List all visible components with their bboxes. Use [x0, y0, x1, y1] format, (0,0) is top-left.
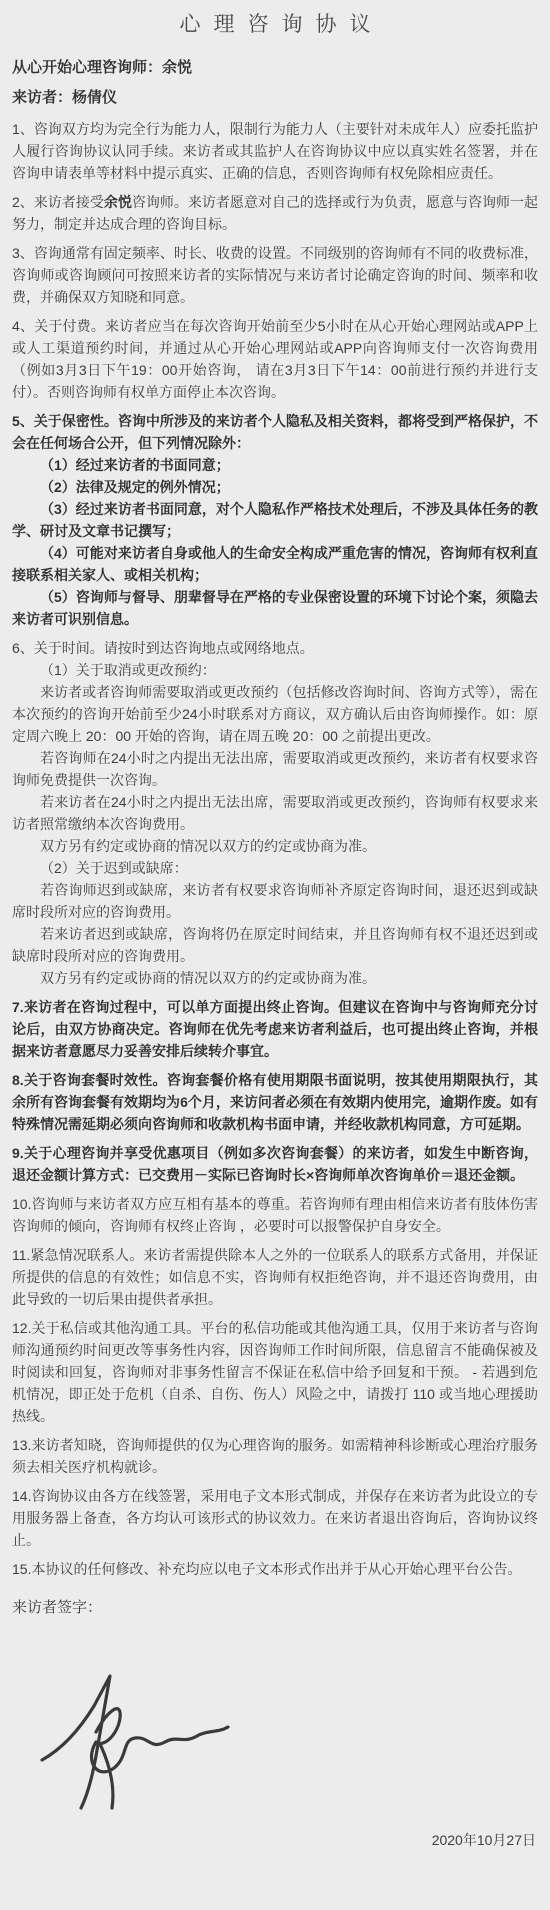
clause-paragraph: 2、来访者接受余悦咨询师。来访者愿意对自己的选择或行为负责，愿意与咨询师一起努力…: [12, 191, 538, 235]
clause-subitem: 来访者或者咨询师需要取消或更改预约（包括修改咨询时间、咨询方式等），需在本次预约…: [12, 681, 538, 747]
visitor-line: 来访者：杨倩仪: [12, 88, 538, 108]
clause-subitem: （1）关于取消或更改预约：: [12, 659, 538, 681]
clause-paragraph: 10.咨询师与来访者双方应互相有基本的尊重。若咨询师有理由相信来访者有肢体伤害咨…: [12, 1193, 538, 1237]
clause-subitem: （2）关于迟到或缺席：: [12, 857, 538, 879]
clause-paragraph: 8.关于咨询套餐时效性。咨询套餐价格有使用期限书面说明，按其使用期限执行，其余所…: [12, 1069, 538, 1135]
counselor-line: 从心开始心理咨询师：余悦: [12, 58, 538, 78]
clause-subitem: （3）经过来访者书面同意，对个人隐私作严格技术处理后，不涉及具体任务的教学、研讨…: [12, 498, 538, 542]
clause-paragraph: 12.关于私信或其他沟通工具。平台的私信功能或其他沟通工具，仅用于来访者与咨询师…: [12, 1317, 538, 1427]
signature-label: 来访者签字：: [12, 1598, 538, 1618]
paragraph-list: 1、咨询双方均为完全行为能力人，限制行为能力人（主要针对未成年人）应委托监护人履…: [12, 118, 538, 1580]
clause-paragraph: 7.来访者在咨询过程中，可以单方面提出终止咨询。但建议在咨询中与咨询师充分讨论后…: [12, 996, 538, 1062]
clause-paragraph: 11.紧急情况联系人。来访者需提供除本人之外的一位联系人的联系方式备用，并保证所…: [12, 1244, 538, 1310]
clause-subitem: 若咨询师在24小时之内提出无法出席，需要取消或更改预约，来访者有权要求咨询师免费…: [12, 747, 538, 791]
clause-subitem: （5）咨询师与督导、朋辈督导在严格的专业保密设置的环境下讨论个案，须隐去来访者可…: [12, 586, 538, 630]
clause-subitem: 双方另有约定或协商的情况以双方的约定或协商为准。: [12, 835, 538, 857]
clause-paragraph: 13.来访者知晓，咨询师提供的仅为心理咨询的服务。如需精神科诊断或心理治疗服务须…: [12, 1434, 538, 1478]
clause-subitem: （1）经过来访者的书面同意；: [12, 454, 538, 476]
document-title: 心理咨询协议: [12, 10, 538, 40]
clause-subitem: 若来访者在24小时之内提出无法出席，需要取消或更改预约，咨询师有权要求来访者照常…: [12, 791, 538, 835]
clause-paragraph: 9.关于心理咨询并享受优惠项目（例如多次咨询套餐）的来访者，如发生中断咨询，退还…: [12, 1142, 538, 1186]
agreement-document: 心理咨询协议 从心开始心理咨询师：余悦 来访者：杨倩仪 1、咨询双方均为完全行为…: [0, 0, 550, 1910]
clause-subitem: （2）法律及规定的例外情况；: [12, 476, 538, 498]
clause-paragraph: 1、咨询双方均为完全行为能力人，限制行为能力人（主要针对未成年人）应委托监护人履…: [12, 118, 538, 184]
clause-subitem: 若来访者迟到或缺席，咨询将仍在原定时间结束，并且咨询师有权不退还迟到或缺席时段所…: [12, 923, 538, 967]
clause-paragraph: 14.咨询协议由各方在线签署，采用电子文本形式制成，并保存在来访者为此设立的专用…: [12, 1485, 538, 1551]
clause-paragraph: 5、关于保密性。咨询中所涉及的来访者个人隐私及相关资料，都将受到严格保护，不会在…: [12, 410, 538, 454]
clause-subitem: 双方另有约定或协商的情况以双方的约定或协商为准。: [12, 967, 538, 989]
clause-subitem: （4）可能对来访者自身或他人的生命安全构成严重危害的情况，咨询师有权利直接联系相…: [12, 542, 538, 586]
clause-paragraph: 4、关于付费。来访者应当在每次咨询开始前至少5小时在从心开始心理网站或APP上或…: [12, 315, 538, 403]
clause-subitem: 若咨询师迟到或缺席，来访者有权要求咨询师补齐原定咨询时间，退还迟到或缺席时段所对…: [12, 879, 538, 923]
clause-paragraph: 6、关于时间。请按时到达咨询地点或网络地点。: [12, 637, 538, 659]
clause-paragraph: 15.本协议的任何修改、补充均应以电子文本形式作出并于从心开始心理平台公告。: [12, 1558, 538, 1580]
handwritten-signature-icon: [38, 1660, 253, 1810]
agreement-date: 2020年10月27日: [12, 1830, 536, 1850]
clause-paragraph: 3、咨询通常有固定频率、时长、收费的设置。不同级别的咨询师有不同的收费标准，咨询…: [12, 242, 538, 308]
signature-area: [38, 1660, 253, 1810]
